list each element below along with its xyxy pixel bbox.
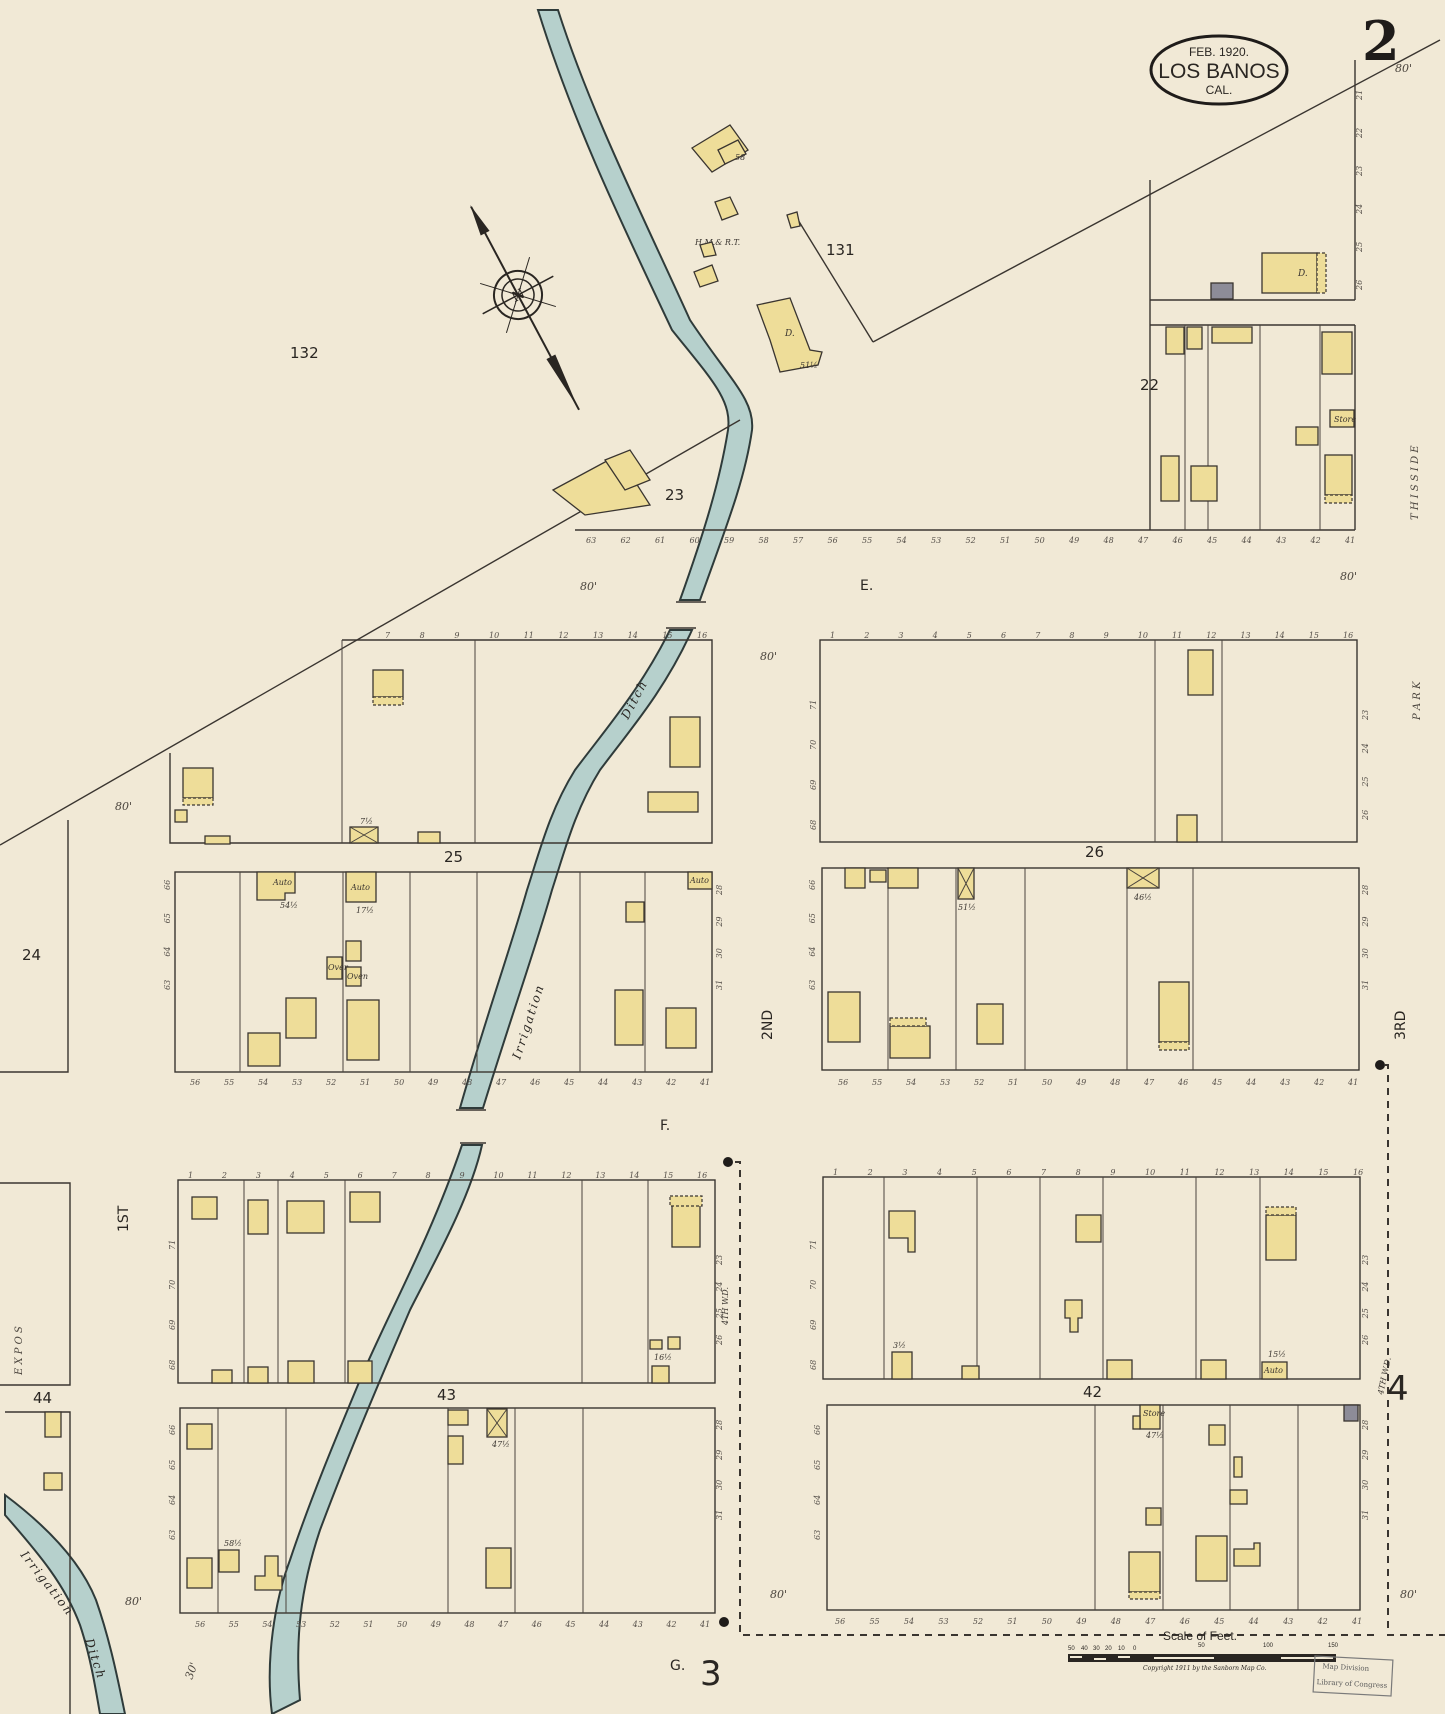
lot-number: 10 [1145, 1168, 1155, 1177]
lot-number: 52 [974, 1078, 984, 1087]
ward-label: 4TH W.D. [721, 1287, 730, 1326]
lot-number: 22 [1355, 128, 1364, 139]
lot-number: 13 [595, 1171, 605, 1180]
building-height: 16½ [654, 1353, 672, 1362]
lot-number: 31 [715, 1510, 724, 1520]
lot-number: 11 [1172, 631, 1182, 640]
lot-number: 5 [324, 1171, 329, 1180]
lot-number: 5 [967, 631, 972, 640]
lot-number: 66 [808, 880, 817, 890]
copyright: Copyright 1911 by the Sanborn Map Co. [1143, 1665, 1267, 1672]
lot-number: 65 [163, 913, 172, 923]
lot-number: 11 [527, 1171, 537, 1180]
building-label: Auto [1263, 1366, 1283, 1375]
lot-number: 4 [936, 1168, 942, 1177]
building-height: 7½ [360, 817, 373, 826]
lot-number: 12 [561, 1171, 571, 1180]
lot-number: 15 [662, 631, 672, 640]
block-number: 43 [437, 1386, 456, 1404]
lot-number: 11 [1180, 1168, 1190, 1177]
lot-number: 64 [813, 1495, 822, 1505]
lot-number: 13 [593, 631, 603, 640]
lot-number: 2 [863, 631, 869, 640]
building-height: 58 [735, 153, 745, 162]
lot-number: 43 [1279, 1078, 1290, 1087]
lot-number: 63 [813, 1530, 822, 1540]
lot-number: 1 [830, 631, 835, 640]
lot-number: 5 [972, 1168, 977, 1177]
lot-number: 52 [973, 1617, 983, 1626]
lot-number: 65 [808, 913, 817, 923]
lot-number: 7 [392, 1171, 398, 1180]
lot-number: 58 [759, 536, 769, 545]
lot-number: 25 [1361, 776, 1370, 787]
lot-number: 10 [1138, 631, 1148, 640]
lot-number: 68 [809, 820, 818, 830]
lot-number: 69 [809, 1320, 818, 1330]
lot-number: 24 [1361, 1281, 1370, 1292]
lot-number: 10 [493, 1171, 503, 1180]
lot-number: 56 [838, 1078, 848, 1087]
dimension-label: 80' [1400, 1588, 1417, 1601]
dimension-label: 80' [1395, 62, 1412, 75]
lot-number: 50 [1042, 1078, 1052, 1087]
lot-number: 50 [397, 1620, 407, 1629]
building-height: 47½ [1145, 1431, 1164, 1440]
lot-number: 56 [828, 536, 838, 545]
dimension-label: 80' [770, 1588, 787, 1601]
scale-tick: 40 [1081, 1646, 1088, 1652]
building-height: 47½ [491, 1440, 510, 1449]
building-label: Oven [347, 972, 368, 981]
lot-number: 52 [330, 1620, 340, 1629]
lot-number: 9 [454, 631, 459, 640]
lot-number: 30 [715, 1480, 724, 1490]
building-label: Auto [689, 876, 709, 885]
lot-number: 53 [938, 1617, 948, 1626]
lot-number: 8 [1069, 631, 1074, 640]
lot-number: 48 [1103, 536, 1114, 545]
adjoining-sheet-right: 4 [1387, 1369, 1409, 1409]
lot-number: 41 [699, 1620, 710, 1629]
lot-number: 44 [598, 1620, 609, 1629]
lot-number: 26 [715, 1335, 724, 1346]
lot-number: 45 [564, 1620, 575, 1629]
lot-number: 65 [168, 1460, 177, 1470]
lot-number: 1 [188, 1171, 193, 1180]
lot-number: 45 [1213, 1617, 1224, 1626]
lot-number: 41 [699, 1078, 710, 1087]
lot-number: 3 [898, 631, 903, 640]
map-date: FEB. 1920. [1189, 45, 1249, 59]
lot-number: 31 [715, 980, 724, 990]
lot-number: 51 [1007, 1617, 1017, 1626]
lot-number: 28 [715, 1420, 724, 1431]
lot-number: 46 [529, 1078, 540, 1087]
lot-number: 42 [665, 1078, 676, 1087]
lot-number: 55 [862, 536, 872, 545]
lot-number: 4 [932, 631, 938, 640]
lot-number: 68 [809, 1360, 818, 1370]
lot-number: 29 [1361, 916, 1370, 927]
lot-number: 14 [628, 631, 638, 640]
lot-number: 68 [168, 1360, 177, 1370]
lot-number: 14 [629, 1171, 639, 1180]
lot-number: 4 [289, 1171, 295, 1180]
lot-number: 47 [1143, 1078, 1155, 1087]
lot-number: 66 [163, 880, 172, 890]
block-number: 25 [444, 848, 463, 866]
lot-number: 16 [697, 1171, 707, 1180]
building-height: 3½ [893, 1341, 906, 1350]
lot-number: 45 [1206, 536, 1217, 545]
lot-number: 50 [1035, 536, 1045, 545]
lot-number: 25 [1355, 242, 1364, 253]
building-label: Auto [350, 883, 370, 892]
lot-number: 63 [168, 1530, 177, 1540]
lot-number: 55 [872, 1078, 882, 1087]
lot-number: 50 [394, 1078, 404, 1087]
lot-number: 28 [715, 885, 724, 896]
map-city: LOS BANOS [1158, 60, 1279, 83]
lot-number: 24 [1361, 743, 1370, 754]
building-label: Auto [272, 878, 292, 887]
dimension-label: 80' [125, 1595, 142, 1608]
street-label-g: G. [670, 1658, 685, 1674]
lot-number: 62 [621, 536, 631, 545]
street-label-park: P A R K [1412, 681, 1423, 721]
lot-number: 23 [1361, 1255, 1370, 1266]
lot-number: 11 [524, 631, 534, 640]
lot-number: 3 [902, 1168, 907, 1177]
lot-number: 13 [1249, 1168, 1259, 1177]
building-height: 51½ [800, 361, 818, 370]
lot-number: 8 [420, 631, 425, 640]
lot-number: 1 [833, 1168, 838, 1177]
lot-number: 46 [1179, 1617, 1190, 1626]
lot-number: 30 [1361, 1480, 1370, 1490]
sheet-number: 2 [1362, 9, 1400, 73]
lot-number: 45 [563, 1078, 574, 1087]
lot-number: 64 [168, 1495, 177, 1505]
lot-number: 56 [835, 1617, 845, 1626]
street-label-1st: 1ST [116, 1205, 132, 1232]
building-label: Store [1334, 415, 1356, 424]
lot-number: 2 [221, 1171, 227, 1180]
scale-tick: 20 [1105, 1646, 1112, 1652]
map-state: CAL. [1206, 83, 1233, 97]
lot-number: 15 [663, 1171, 673, 1180]
lot-number: 69 [809, 780, 818, 790]
lot-number: 50 [1042, 1617, 1052, 1626]
street-label-3rd: 3RD [1393, 1011, 1409, 1040]
lot-number: 46 [531, 1620, 542, 1629]
lot-number: 23 [1361, 710, 1370, 721]
lot-number: 61 [655, 536, 665, 545]
lot-number: 29 [715, 916, 724, 927]
lot-number: 9 [459, 1171, 464, 1180]
lot-number: 49 [427, 1078, 438, 1087]
lot-number: 69 [168, 1320, 177, 1330]
scale-tick: 10 [1118, 1646, 1125, 1652]
lot-number: 12 [558, 631, 568, 640]
building-height: 15½ [1268, 1350, 1286, 1359]
lot-number: 6 [1001, 631, 1006, 640]
lot-number: 42 [1310, 536, 1321, 545]
lot-number: 51 [1008, 1078, 1018, 1087]
dimension-label: 80' [1340, 570, 1357, 583]
lot-number: 52 [326, 1078, 336, 1087]
lot-number: 70 [168, 1280, 177, 1290]
lot-number: 51 [363, 1620, 373, 1629]
lot-number: 43 [631, 1078, 642, 1087]
lot-number: 41 [1344, 536, 1355, 545]
lot-number: 14 [1284, 1168, 1294, 1177]
building-label: D. [784, 329, 795, 339]
lot-number: 51 [360, 1078, 370, 1087]
lot-number: 63 [163, 980, 172, 990]
lot-number: 48 [461, 1078, 472, 1087]
lot-number: 53 [940, 1078, 950, 1087]
lot-number: 59 [724, 536, 734, 545]
lot-number: 43 [1282, 1617, 1293, 1626]
block-number: 44 [33, 1389, 52, 1407]
lot-number: 55 [229, 1620, 239, 1629]
lot-number: 53 [296, 1620, 306, 1629]
building-height: 58½ [224, 1539, 242, 1548]
lot-number: 47 [1144, 1617, 1156, 1626]
lot-number: 48 [1109, 1078, 1120, 1087]
street-label-this-side: T H I S S I D E [1410, 445, 1421, 520]
lot-number: 26 [1361, 1335, 1370, 1346]
lot-number: 44 [1241, 536, 1252, 545]
street-label-expos: E X P O S [14, 1326, 25, 1376]
lot-number: 64 [808, 946, 817, 956]
lot-number: 45 [1211, 1078, 1222, 1087]
lot-number: 53 [931, 536, 941, 545]
scale-tick: 30 [1093, 1646, 1100, 1652]
lot-number: 54 [258, 1078, 268, 1087]
building-label: D. [1297, 269, 1308, 279]
lot-number: 10 [489, 631, 499, 640]
lot-number: 53 [292, 1078, 302, 1087]
lot-number: 47 [1137, 536, 1149, 545]
lot-number: 70 [809, 1280, 818, 1290]
lot-number: 28 [1361, 885, 1370, 896]
lot-number: 49 [1068, 536, 1079, 545]
lot-number: 31 [1361, 1510, 1370, 1520]
lot-number: 23 [715, 1255, 724, 1266]
dimension-label: 80' [580, 580, 597, 593]
lot-number: 48 [463, 1620, 474, 1629]
block-number: 42 [1083, 1383, 1102, 1401]
street-label-f: F. [660, 1118, 670, 1134]
adjoining-sheet-bottom: 3 [700, 1654, 722, 1694]
lot-number: 54 [897, 536, 907, 545]
lot-number: 12 [1206, 631, 1216, 640]
lot-number: 43 [632, 1620, 643, 1629]
lot-number: 15 [1318, 1168, 1328, 1177]
scale-tick: 150 [1328, 1643, 1339, 1649]
building-height: 54½ [280, 901, 298, 910]
lot-number: 25 [715, 1308, 724, 1319]
lot-number: 41 [1347, 1078, 1358, 1087]
lot-number: 56 [195, 1620, 205, 1629]
lot-number: 12 [1214, 1168, 1224, 1177]
scale-tick: 100 [1263, 1643, 1274, 1649]
lot-number: 63 [586, 536, 596, 545]
lot-number: 14 [1275, 631, 1285, 640]
dimension-label: 80' [115, 800, 132, 813]
lot-number: 42 [1317, 1617, 1328, 1626]
lot-number: 49 [1075, 1617, 1086, 1626]
lot-number: 42 [1313, 1078, 1324, 1087]
lot-number: 44 [1245, 1078, 1256, 1087]
lot-number: 46 [1177, 1078, 1188, 1087]
block-number: 132 [290, 344, 319, 362]
lot-number: 31 [1361, 980, 1370, 990]
lot-number: 42 [665, 1620, 676, 1629]
lot-number: 21 [1355, 90, 1364, 101]
lot-number: 44 [1248, 1617, 1259, 1626]
lot-number: 26 [1355, 280, 1364, 291]
lot-number: 70 [809, 740, 818, 750]
scale-tick: 50 [1068, 1646, 1075, 1652]
lot-number: 63 [808, 980, 817, 990]
block-number: 26 [1085, 843, 1104, 861]
lot-number: 71 [809, 700, 818, 710]
lot-number: 9 [1110, 1168, 1115, 1177]
building-height: 46½ [1133, 893, 1152, 902]
building-label: Store [1143, 1409, 1165, 1418]
lot-number: 46 [1172, 536, 1183, 545]
lot-number: 30 [1361, 948, 1370, 958]
building-height: 17½ [356, 906, 374, 915]
lot-number: 51 [1000, 536, 1010, 545]
lot-number: 47 [495, 1078, 507, 1087]
dimension-label: 80' [760, 650, 777, 663]
lot-number: 9 [1104, 631, 1109, 640]
lot-number: 54 [906, 1078, 916, 1087]
lot-number: 16 [697, 631, 707, 640]
lot-number: 71 [809, 1240, 818, 1250]
street-label-2nd: 2ND [760, 1010, 776, 1040]
lot-number: 71 [168, 1240, 177, 1250]
lot-number: 30 [715, 948, 724, 958]
lot-number: 16 [1353, 1168, 1363, 1177]
lot-number: 29 [715, 1450, 724, 1461]
lot-number: 66 [813, 1425, 822, 1435]
lot-number: 41 [1351, 1617, 1362, 1626]
lot-number: 54 [262, 1620, 272, 1629]
lot-number: 65 [813, 1460, 822, 1470]
lot-number: 56 [190, 1078, 200, 1087]
scale-title: Scale of Feet. [1163, 1629, 1237, 1643]
lot-number: 47 [497, 1620, 509, 1629]
scale-tick: 50 [1198, 1643, 1205, 1649]
lot-number: 24 [715, 1281, 724, 1292]
street-label-e: E. [860, 578, 873, 594]
lot-number: 28 [1361, 1420, 1370, 1431]
lot-number: 26 [1361, 810, 1370, 821]
block-number: 22 [1140, 376, 1159, 394]
lot-number: 44 [597, 1078, 608, 1087]
block-number: 23 [665, 486, 684, 504]
lot-number: 57 [793, 536, 804, 545]
building-height: 51½ [958, 903, 976, 912]
block-number: 24 [22, 946, 41, 964]
lot-number: 48 [1110, 1617, 1121, 1626]
lot-number: 15 [1309, 631, 1319, 640]
lot-number: 25 [1361, 1308, 1370, 1319]
lot-number: 49 [1075, 1078, 1086, 1087]
lot-number: 60 [690, 536, 700, 545]
lot-number: 13 [1240, 631, 1250, 640]
lot-number: 55 [224, 1078, 234, 1087]
lot-number: 43 [1275, 536, 1286, 545]
lot-number: 8 [1076, 1168, 1081, 1177]
lot-number: 55 [869, 1617, 879, 1626]
lot-number: 54 [904, 1617, 914, 1626]
lot-number: 52 [966, 536, 976, 545]
map-title-cartouche: FEB. 1920. LOS BANOS CAL. [1151, 36, 1287, 104]
lot-number: 6 [1006, 1168, 1011, 1177]
lot-number: 29 [1361, 1450, 1370, 1461]
lot-number: 16 [1343, 631, 1353, 640]
lot-number: 49 [430, 1620, 441, 1629]
lot-number: 6 [358, 1171, 363, 1180]
lot-number: 23 [1355, 166, 1364, 177]
block-number: 131 [826, 241, 855, 259]
lot-number: 2 [867, 1168, 873, 1177]
lot-number: 66 [168, 1425, 177, 1435]
lot-number: 64 [163, 946, 172, 956]
lot-number: 8 [426, 1171, 431, 1180]
sanborn-map-sheet: Ditch Irrigation Irrigation Ditch FEB. 1… [0, 0, 1445, 1714]
lot-number: 3 [256, 1171, 261, 1180]
lot-number: 24 [1355, 204, 1364, 215]
